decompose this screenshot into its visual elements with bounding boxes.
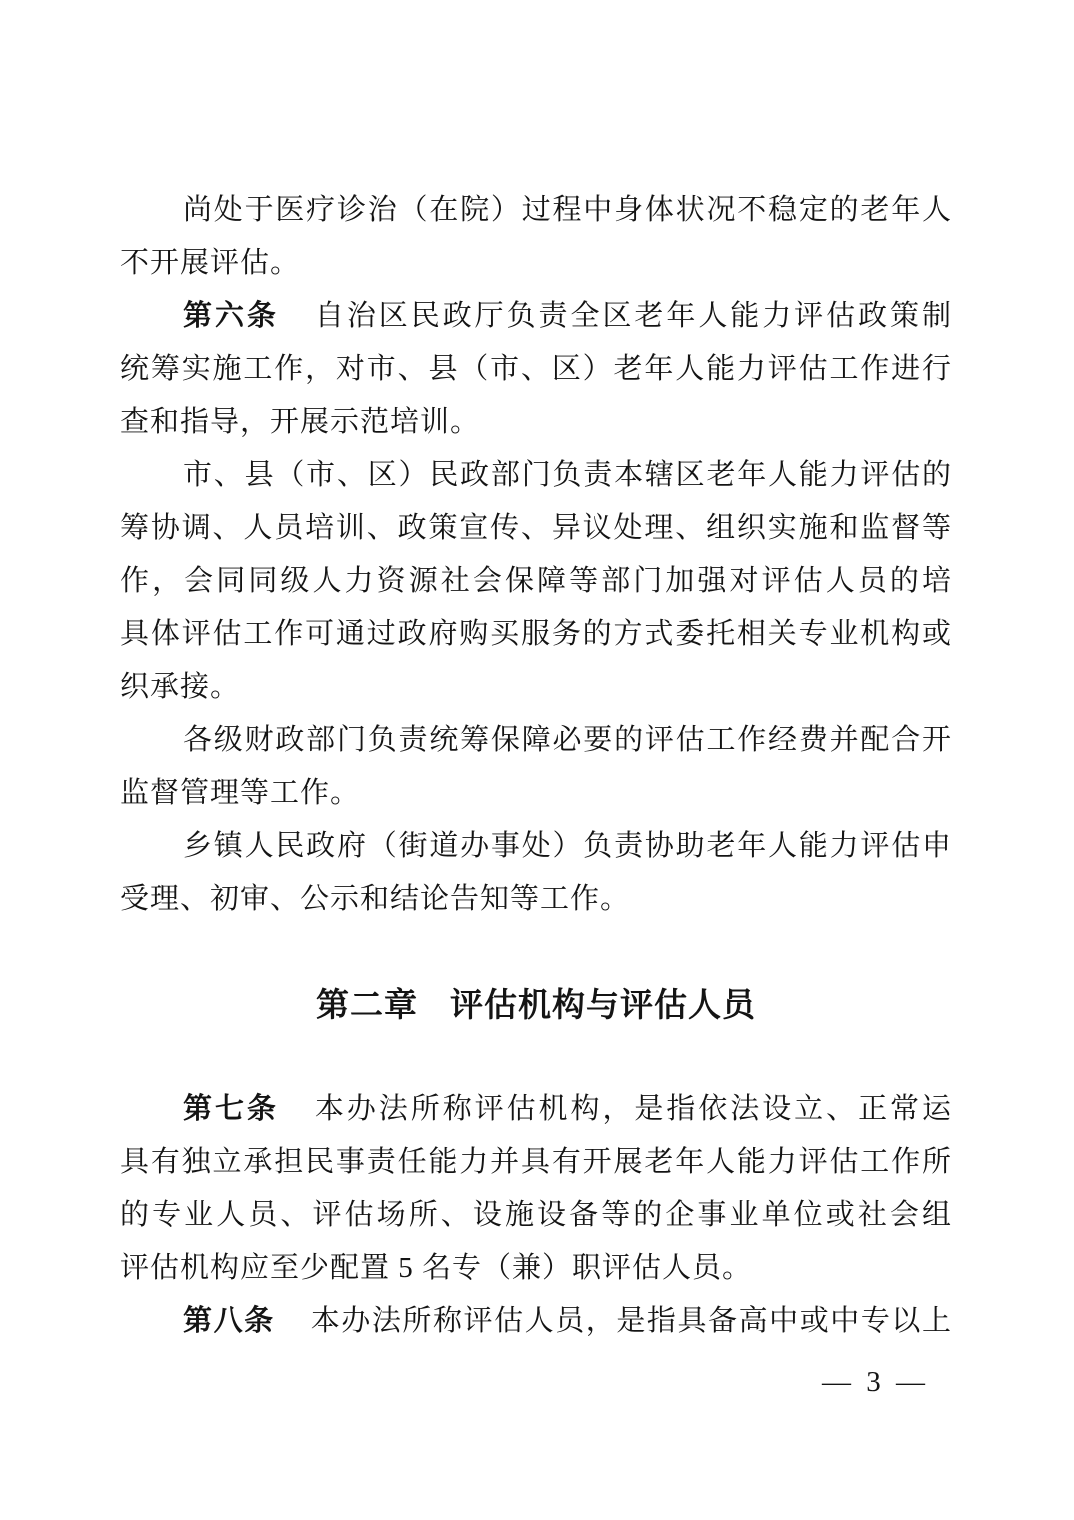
chapter-number: 第二章	[316, 986, 418, 1023]
text-line: 具体评估工作可通过政府购买服务的方式委托相关专业机构或组	[120, 608, 952, 661]
text-line: 作，会同同级人力资源社会保障等部门加强对评估人员的培训。	[120, 555, 952, 608]
text-line: 乡镇人民政府（街道办事处）负责协助老年人能力评估申请	[120, 820, 952, 873]
article-number: 第八条	[183, 1305, 275, 1337]
text-line-text: 的专业人员、评估场所、设施设备等的企事业单位或社会组织；	[120, 1199, 952, 1242]
text-line-text: 受理、初审、公示和结论告知等工作。	[120, 883, 630, 915]
page-number: — 3 —	[822, 1362, 929, 1402]
text-line: 查和指导，开展示范培训。	[120, 396, 952, 449]
text-line-text: 乡镇人民政府（街道办事处）负责协助老年人能力评估申请	[120, 830, 952, 873]
text-line: 具有独立承担民事责任能力并具有开展老年人能力评估工作所需	[120, 1136, 952, 1189]
text-line: 第六条自治区民政厅负责全区老年人能力评估政策制定、	[120, 290, 952, 343]
text-line-text: 各级财政部门负责统筹保障必要的评估工作经费并配合开展	[120, 724, 952, 767]
text-line-text: 不开展评估。	[120, 247, 300, 279]
text-line-text: 筹协调、人员培训、政策宣传、异议处理、组织实施和监督等工	[120, 512, 952, 555]
text-line: 织承接。	[120, 661, 952, 714]
text-line: 各级财政部门负责统筹保障必要的评估工作经费并配合开展	[120, 714, 952, 767]
text-line-text: 尚处于医疗诊治（在院）过程中身体状况不稳定的老年人暂	[120, 194, 952, 237]
text-line-text: 市、县（市、区）民政部门负责本辖区老年人能力评估的统	[120, 459, 952, 502]
text-line: 第八条本办法所称评估人员，是指具备高中或中专以上学	[120, 1295, 952, 1348]
text-line: 监督管理等工作。	[120, 767, 952, 820]
chapter-heading: 第二章评估机构与评估人员	[120, 978, 952, 1031]
text-line: 受理、初审、公示和结论告知等工作。	[120, 873, 952, 926]
text-line: 不开展评估。	[120, 237, 952, 290]
text-line-text: 监督管理等工作。	[120, 777, 360, 809]
text-line: 筹协调、人员培训、政策宣传、异议处理、组织实施和监督等工	[120, 502, 952, 555]
document-body: 尚处于医疗诊治（在院）过程中身体状况不稳定的老年人暂 不开展评估。 第六条自治区…	[120, 184, 952, 1348]
text-line-text: 具体评估工作可通过政府购买服务的方式委托相关专业机构或组	[120, 618, 952, 661]
text-line-text: 查和指导，开展示范培训。	[120, 406, 480, 438]
text-line: 评估机构应至少配置 5 名专（兼）职评估人员。	[120, 1242, 952, 1295]
text-line-text: 作，会同同级人力资源社会保障等部门加强对评估人员的培训。	[120, 565, 952, 608]
text-line: 尚处于医疗诊治（在院）过程中身体状况不稳定的老年人暂	[120, 184, 952, 237]
text-line-text: 织承接。	[120, 671, 240, 703]
text-line-text: 具有独立承担民事责任能力并具有开展老年人能力评估工作所需	[120, 1146, 952, 1189]
text-line-text: 评估机构应至少配置 5 名专（兼）职评估人员。	[120, 1252, 752, 1284]
text-line: 第七条本办法所称评估机构，是指依法设立、正常运营，	[120, 1083, 952, 1136]
article-number: 第七条	[183, 1093, 279, 1125]
text-line: 的专业人员、评估场所、设施设备等的企事业单位或社会组织；	[120, 1189, 952, 1242]
text-line: 市、县（市、区）民政部门负责本辖区老年人能力评估的统	[120, 449, 952, 502]
article-number: 第六条	[183, 300, 279, 332]
chapter-title: 评估机构与评估人员	[450, 986, 756, 1023]
text-line: 统筹实施工作，对市、县（市、区）老年人能力评估工作进行检	[120, 343, 952, 396]
text-line-text: 统筹实施工作，对市、县（市、区）老年人能力评估工作进行检	[120, 353, 952, 396]
document-page: 尚处于医疗诊治（在院）过程中身体状况不稳定的老年人暂 不开展评估。 第六条自治区…	[0, 0, 1074, 1520]
